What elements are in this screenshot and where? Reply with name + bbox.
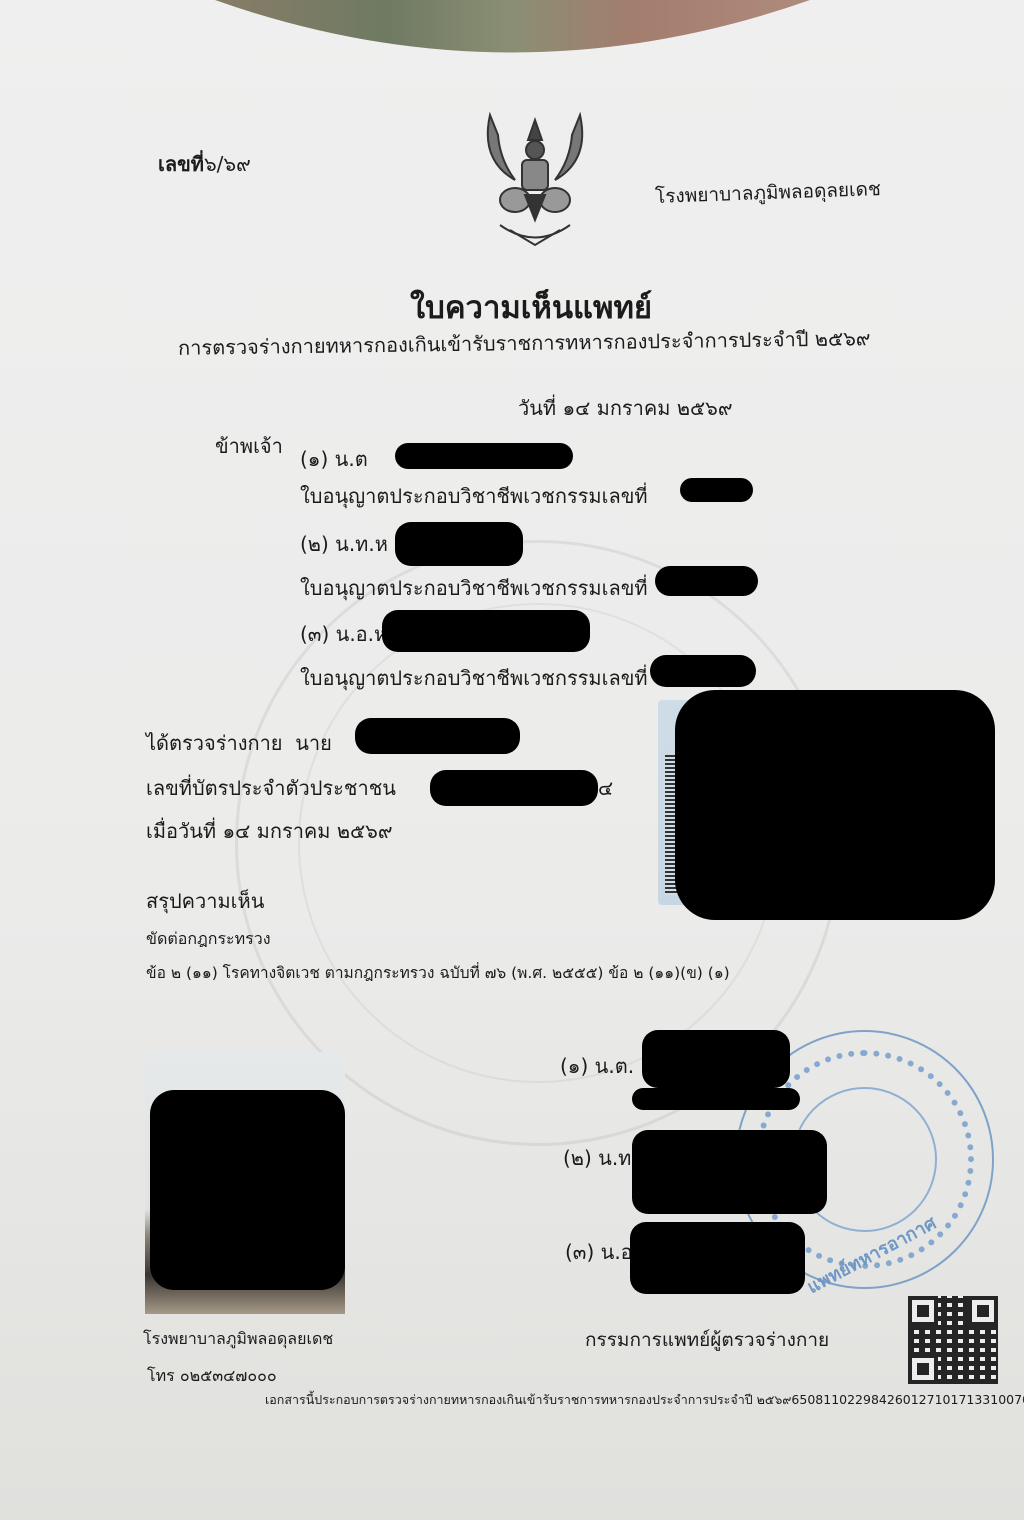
signature-1: (๑) น.ต. [560,1050,634,1082]
hospital-phone: โทร ๐๒๕๓๔๗๐๐๐ [147,1364,277,1389]
photo-redaction [150,1090,345,1290]
page-title: ใบความเห็นแพทย์ [410,282,652,332]
examiner-3: (๓) น.อ.ห [300,618,387,650]
signature-index: (๑) [560,1054,588,1078]
patient-examined: ได้ตรวจร่างกาย นาย [146,727,332,759]
qr-finder [908,1296,938,1326]
redaction-bar [355,718,520,754]
redaction-bar [630,1222,805,1294]
patient-id-row: เลขที่บัตรประจำตัวประชาชน [146,772,396,804]
redaction-bar [680,478,753,502]
examiner-rank: น.อ.ห [336,622,388,646]
examined-label: ได้ตรวจร่างกาย [146,731,283,755]
signature-index: (๓) [565,1240,594,1264]
opinion-result: ขัดต่อกฎกระทรวง [146,927,271,952]
redaction-bar [382,610,590,652]
qr-finder [908,1354,938,1384]
signature-rank: น.ต. [595,1054,634,1078]
examiner-rank: น.ต [335,447,368,471]
redaction-bar [395,522,523,566]
examiner-1: (๑) น.ต [300,443,368,475]
examiner-2: (๒) น.ท.ห [300,528,388,560]
redaction-bar [642,1030,790,1088]
redaction-bar [632,1088,800,1110]
id-label: เลขที่บัตรประจำตัวประชาชน [146,776,396,800]
redaction-bar [430,770,598,806]
examiner-index: (๑) [300,447,328,471]
redaction-bar [395,443,573,469]
examiner-2-license: ใบอนุญาตประกอบวิชาชีพเวชกรรมเลขที่ [300,572,648,604]
license-label: ใบอนุญาตประกอบวิชาชีพเวชกรรมเลขที่ [300,484,648,508]
examiners-intro: ข้าพเจ้า [215,430,283,462]
document-number: เลขที่๖/๖๙ [158,148,251,180]
examiner-index: (๓) [300,622,329,646]
document-date: วันที่ ๑๔ มกราคม ๒๕๖๙ [518,392,732,424]
doc-number-value: ๖/๖๙ [204,152,251,176]
committee-label: กรรมการแพทย์ผู้ตรวจร่างกาย [585,1325,829,1355]
license-label: ใบอนุญาตประกอบวิชาชีพเวชกรรมเลขที่ [300,666,648,690]
redaction-bar [650,655,756,687]
opinion-heading: สรุปความเห็น [146,885,264,917]
examiner-1-license: ใบอนุญาตประกอบวิชาชีพเวชกรรมเลขที่ [300,480,648,512]
exam-date: เมื่อวันที่ ๑๔ มกราคม ๒๕๖๙ [146,815,393,847]
examiner-3-license: ใบอนุญาตประกอบวิชาชีพเวชกรรมเลขที่ [300,662,648,694]
redaction-bar [655,566,758,596]
opinion-detail: ข้อ ๒ (๑๑) โรคทางจิตเวช ตามกฎกระทรวง ฉบั… [146,960,730,985]
redaction-bar [632,1130,827,1214]
license-label: ใบอนุญาตประกอบวิชาชีพเวชกรรมเลขที่ [300,576,648,600]
qr-code[interactable] [908,1296,998,1384]
examiner-rank: น.ท.ห [335,532,388,556]
id-card-redaction [675,690,995,920]
signature-index: (๒) [563,1146,592,1170]
qr-finder [968,1296,998,1326]
garuda-emblem-icon [470,100,600,250]
examiner-index: (๒) [300,532,329,556]
patient-title: นาย [295,731,332,755]
bottom-hospital-name: โรงพยาบาลภูมิพลอดุลยเดช [143,1327,333,1352]
footer-note: เอกสารนี้ประกอบการตรวจร่างกายทหารกองเกิน… [265,1390,1024,1410]
id-suffix: ๔ [598,772,613,804]
doc-number-label: เลขที่ [158,152,204,176]
